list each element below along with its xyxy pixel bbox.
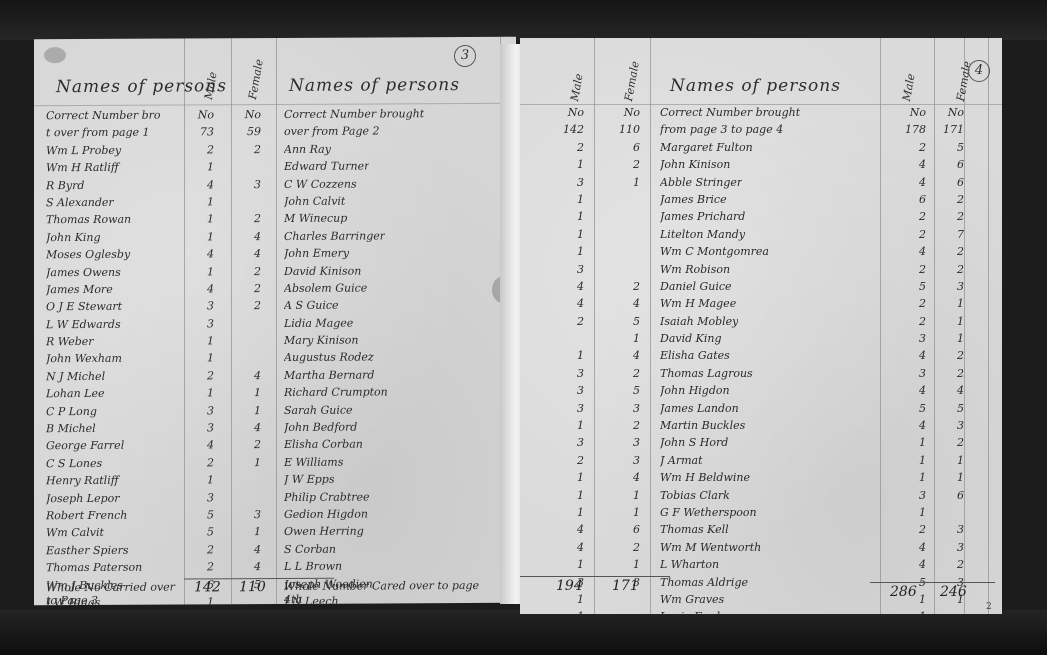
carried-over-label-b: Whole Number Cared over to page 4th	[284, 579, 484, 605]
ledger-row: 1David King31	[520, 330, 1002, 347]
ledger-row: 42Wm M Wentworth43	[520, 539, 1002, 556]
carried-over-label-a: Whole No Carried over to Page 3	[46, 580, 182, 605]
ledger-row: 14Elisha Gates42	[520, 347, 1002, 364]
ledger-row: 14Wm H Beldwine11	[520, 469, 1002, 486]
ledger-row: 23J Armat11	[520, 452, 1002, 469]
page-number-badge: 3	[454, 45, 476, 67]
total-male-a: 142	[194, 579, 221, 595]
female-header-a: Female	[622, 60, 642, 102]
corner-mark: 2	[986, 602, 992, 612]
right-page: Male Female Names of persons Male Female…	[520, 38, 1002, 614]
ledger-row: 142110from page 3 to page 4178171	[520, 121, 1002, 138]
left-page: Names of persons Male Female Names of pe…	[34, 37, 516, 606]
female-header-a: Female	[246, 58, 266, 100]
ledger-row: 25Isaiah Mobley21	[520, 313, 1002, 330]
page-number-badge: 4	[968, 60, 990, 82]
ledger-row: NoNoCorrect Number broughtNoNo	[520, 104, 1002, 121]
names-header-b: Names of persons	[289, 75, 460, 96]
ledger-row: 12John Kinison46	[520, 156, 1002, 173]
male-header-b: Male	[900, 73, 918, 103]
right-ledger-rows: NoNoCorrect Number broughtNoNo 142110fro…	[520, 104, 1002, 614]
ledger-row: 46Thomas Kell23	[520, 521, 1002, 538]
ledger-row: 3Wm Robison22	[520, 261, 1002, 278]
total-rule-b	[870, 582, 995, 583]
ledger-row: 44Wm H Magee21	[520, 295, 1002, 312]
total-male-a: 194	[556, 578, 583, 594]
ledger-row: 31Abble Stringer46	[520, 174, 1002, 191]
ledger-row: 35John Higdon44	[520, 382, 1002, 399]
ledger-row: 33John S Hord12	[520, 434, 1002, 451]
left-ledger-rows: Correct Number broNoNoCorrect Number bro…	[34, 105, 516, 606]
ledger-row: 1James Prichard22	[520, 208, 1002, 225]
ledger-row: 33James Landon55	[520, 400, 1002, 417]
names-header-a: Names of persons	[56, 76, 227, 97]
male-header-a: Male	[568, 73, 586, 103]
scanner-background-top	[0, 0, 1047, 40]
ledger-row: 42Daniel Guice53	[520, 278, 1002, 295]
total-female-a: 110	[239, 579, 266, 595]
ledger-row: 11Tobias Clark36	[520, 487, 1002, 504]
ledger-row: 11G F Wetherspoon1	[520, 504, 1002, 521]
ledger-row: 26Margaret Fulton25	[520, 139, 1002, 156]
ledger-row: 32Thomas Lagrous32	[520, 365, 1002, 382]
names-header: Names of persons	[670, 76, 841, 96]
ledger-row: 1James Brice62	[520, 191, 1002, 208]
ledger-row: 12Martin Buckles43	[520, 417, 1002, 434]
ledger-row: 1Lucie Ford1	[520, 608, 1002, 614]
ledger-row: 1Wm C Montgomrea42	[520, 243, 1002, 260]
total-male-b: 286	[890, 584, 917, 600]
ink-blot	[44, 47, 66, 63]
scanner-background-bottom	[0, 610, 1047, 655]
ledger-row: 1Litelton Mandy27	[520, 226, 1002, 243]
ledger-row: 11L Wharton42	[520, 556, 1002, 573]
total-female-b: 246	[940, 584, 967, 600]
total-rule-a	[520, 576, 670, 577]
total-female-a: 171	[612, 578, 639, 594]
ledger-row: 1Wm Graves11	[520, 591, 1002, 608]
